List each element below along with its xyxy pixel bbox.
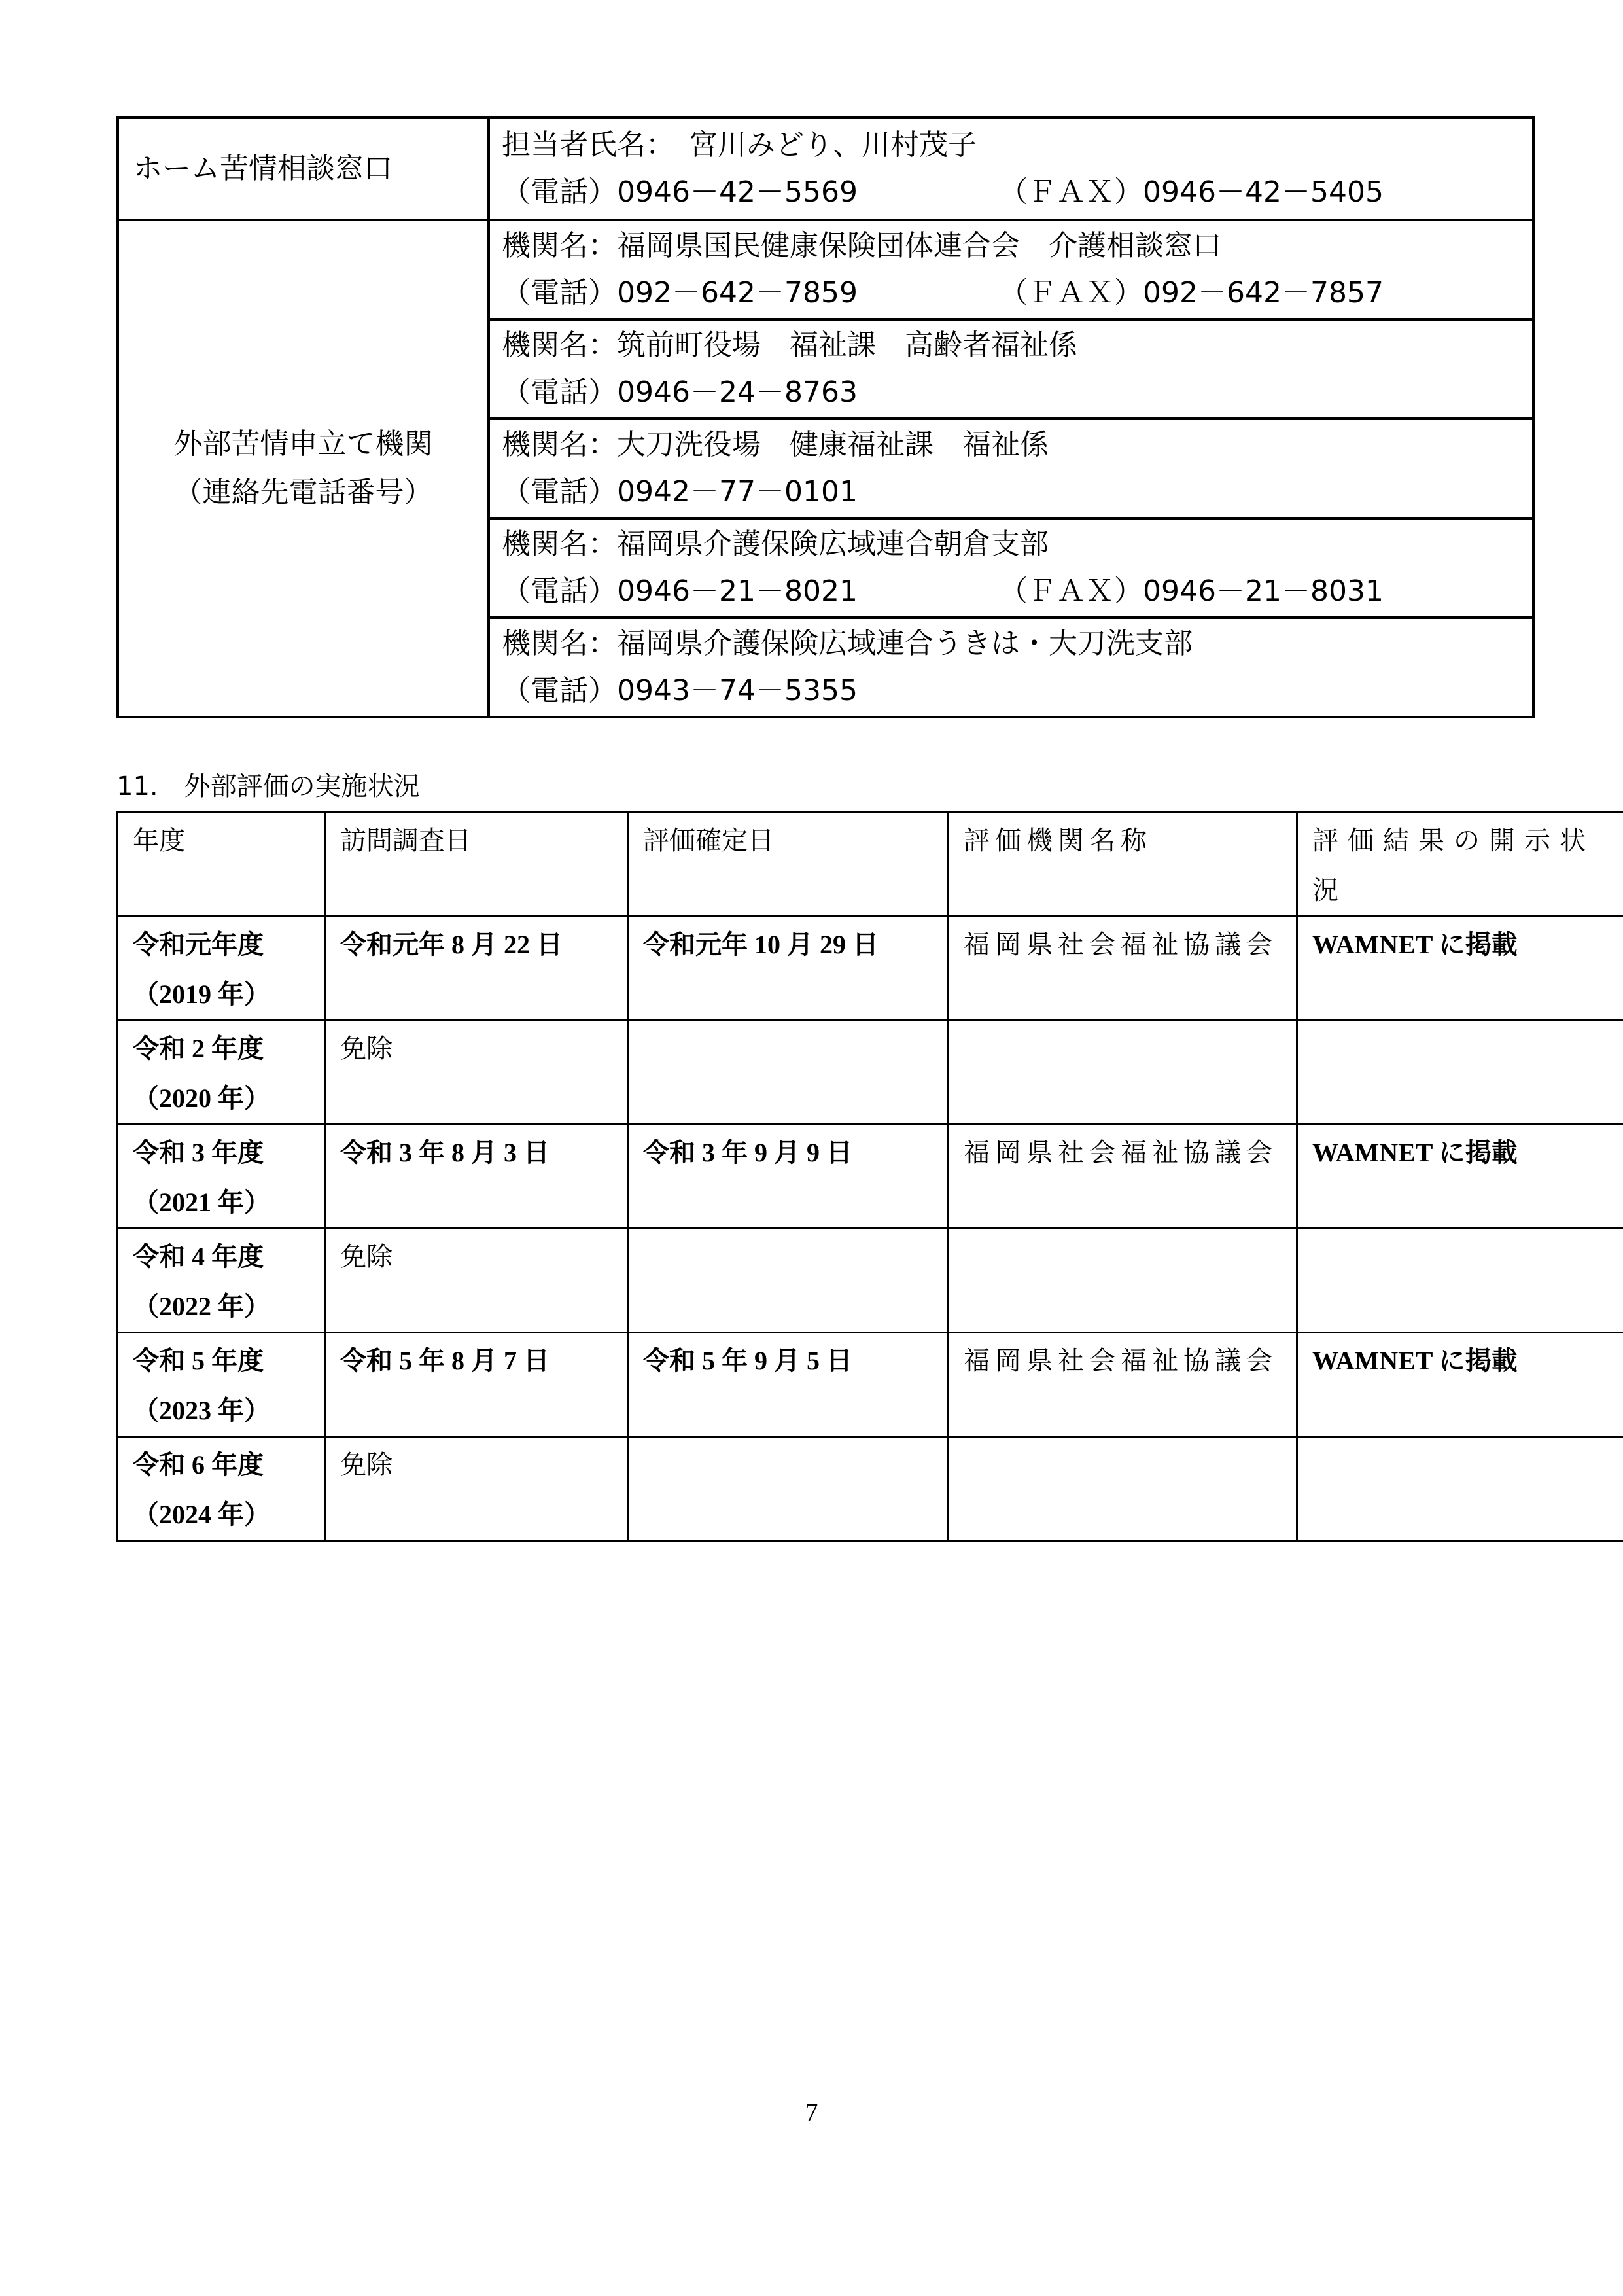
agency-contact-line: （電話）092－642－7859 （ＦＡＸ）092－642－7857 [502, 270, 1532, 317]
agency-contact-line: （電話）0946－21－8021 （ＦＡＸ）0946－21－8031 [502, 568, 1532, 615]
table-row: 令和 6 年度（2024 年） 免除 [118, 1437, 1623, 1541]
agency-fax: （ＦＡＸ）092－642－7857 [999, 270, 1384, 317]
table-row: 令和 4 年度（2022 年） 免除 [118, 1229, 1623, 1333]
fiscal-year: 令和 4 年度 [133, 1232, 317, 1282]
home-window-info: 担当者氏名： 宮川みどり、川村茂子 （電話）0946－42－5569 （ＦＡＸ）… [489, 118, 1533, 220]
fiscal-year: 令和 5 年度 [133, 1336, 317, 1386]
table-row: 令和 2 年度（2020 年） 免除 [118, 1021, 1623, 1125]
agency-cell: 福岡県社会福祉協議会 [949, 1333, 1297, 1437]
home-contact-line: （電話）0946－42－5569 （ＦＡＸ）0946－42－5405 [502, 169, 1532, 216]
fiscal-year: 令和元年度 [133, 920, 317, 970]
visit-date-cell: 免除 [325, 1229, 628, 1333]
external-label-line1: 外部苦情申立て機関 [119, 420, 487, 468]
agency-tel: （電話）0946－24－8763 [502, 369, 999, 416]
fiscal-year: 令和 6 年度 [133, 1440, 317, 1490]
complaint-contact-table: ホーム苦情相談窓口 担当者氏名： 宮川みどり、川村茂子 （電話）0946－42－… [116, 116, 1535, 718]
home-fax: （ＦＡＸ）0946－42－5405 [999, 169, 1384, 216]
year-cell: 令和 3 年度（2021 年） [118, 1125, 325, 1229]
staff-names: 担当者氏名： 宮川みどり、川村茂子 [502, 122, 1532, 169]
table-row: 令和 5 年度（2023 年） 令和 5 年 8 月 7 日 令和 5 年 9 … [118, 1333, 1623, 1437]
table-row: 令和元年度（2019 年） 令和元年 8 月 22 日 令和元年 10 月 29… [118, 917, 1623, 1021]
year-cell: 令和 5 年度（2023 年） [118, 1333, 325, 1437]
agency-tel: （電話）0943－74－5355 [502, 667, 999, 715]
disclosure-cell: WAMNET に掲載 [1297, 917, 1623, 1021]
fiscal-year: 令和 3 年度 [133, 1128, 317, 1178]
disclosure-cell [1297, 1021, 1623, 1125]
agency-cell: 機関名：福岡県介護保険広域連合朝倉支部 （電話）0946－21－8021 （ＦＡ… [489, 518, 1533, 618]
agency-cell [949, 1229, 1297, 1333]
disclosure-cell [1297, 1229, 1623, 1333]
confirm-date-cell [628, 1021, 949, 1125]
disclosure-cell: WAMNET に掲載 [1297, 1333, 1623, 1437]
home-tel: （電話）0946－42－5569 [502, 169, 999, 216]
year-cell: 令和元年度（2019 年） [118, 917, 325, 1021]
external-label-line2: （連絡先電話番号） [119, 468, 487, 517]
visit-date-cell: 免除 [325, 1437, 628, 1541]
header-disclosure: 評価結果の開示状況 [1297, 813, 1623, 917]
western-year: （2021 年） [133, 1178, 317, 1227]
header-confirm-date: 評価確定日 [628, 813, 949, 917]
agency-cell: 機関名：福岡県介護保険広域連合うきは・大刀洗支部 （電話）0943－74－535… [489, 618, 1533, 717]
agency-cell [949, 1021, 1297, 1125]
confirm-date-cell: 令和 3 年 9 月 9 日 [628, 1125, 949, 1229]
year-cell: 令和 2 年度（2020 年） [118, 1021, 325, 1125]
western-year: （2019 年） [133, 970, 317, 1019]
agency-name: 機関名：福岡県介護保険広域連合うきは・大刀洗支部 [502, 620, 1532, 667]
confirm-date-cell: 令和 5 年 9 月 5 日 [628, 1333, 949, 1437]
year-cell: 令和 4 年度（2022 年） [118, 1229, 325, 1333]
agency-name: 機関名：福岡県介護保険広域連合朝倉支部 [502, 521, 1532, 568]
table-header-row: 年度 訪問調査日 評価確定日 評価機関名称 評価結果の開示状況 [118, 813, 1623, 917]
page-number: 7 [0, 2097, 1623, 2128]
fiscal-year: 令和 2 年度 [133, 1024, 317, 1074]
external-agencies-label: 外部苦情申立て機関 （連絡先電話番号） [118, 220, 489, 717]
western-year: （2022 年） [133, 1282, 317, 1332]
western-year: （2020 年） [133, 1074, 317, 1123]
year-cell: 令和 6 年度（2024 年） [118, 1437, 325, 1541]
agency-name: 機関名：大刀洗役場 健康福祉課 福祉係 [502, 421, 1532, 468]
home-window-row: ホーム苦情相談窓口 担当者氏名： 宮川みどり、川村茂子 （電話）0946－42－… [118, 118, 1533, 220]
agency-name: 機関名：筑前町役場 福祉課 高齢者福祉係 [502, 322, 1532, 369]
external-agency-row: 外部苦情申立て機関 （連絡先電話番号） 機関名：福岡県国民健康保険団体連合会 介… [118, 220, 1533, 319]
header-year: 年度 [118, 813, 325, 917]
agency-tel: （電話）092－642－7859 [502, 270, 999, 317]
western-year: （2024 年） [133, 1490, 317, 1540]
agency-cell [949, 1437, 1297, 1541]
agency-cell: 福岡県社会福祉協議会 [949, 917, 1297, 1021]
visit-date-cell: 令和元年 8 月 22 日 [325, 917, 628, 1021]
header-visit-date: 訪問調査日 [325, 813, 628, 917]
western-year: （2023 年） [133, 1386, 317, 1436]
agency-cell: 福岡県社会福祉協議会 [949, 1125, 1297, 1229]
agency-tel: （電話）0942－77－0101 [502, 468, 999, 516]
disclosure-cell [1297, 1437, 1623, 1541]
header-agency: 評価機関名称 [949, 813, 1297, 917]
agency-contact-line: （電話）0943－74－5355 [502, 667, 1532, 715]
confirm-date-cell [628, 1229, 949, 1333]
disclosure-cell: WAMNET に掲載 [1297, 1125, 1623, 1229]
visit-date-cell: 令和 5 年 8 月 7 日 [325, 1333, 628, 1437]
confirm-date-cell [628, 1437, 949, 1541]
agency-contact-line: （電話）0946－24－8763 [502, 369, 1532, 416]
external-evaluation-table: 年度 訪問調査日 評価確定日 評価機関名称 評価結果の開示状況 令和元年度（20… [116, 811, 1623, 1542]
agency-cell: 機関名：福岡県国民健康保険団体連合会 介護相談窓口 （電話）092－642－78… [489, 220, 1533, 319]
section-title: 11. 外部評価の実施状況 [116, 767, 420, 806]
visit-date-cell: 令和 3 年 8 月 3 日 [325, 1125, 628, 1229]
agency-cell: 機関名：筑前町役場 福祉課 高齢者福祉係 （電話）0946－24－8763 [489, 319, 1533, 419]
agency-contact-line: （電話）0942－77－0101 [502, 468, 1532, 516]
table-row: 令和 3 年度（2021 年） 令和 3 年 8 月 3 日 令和 3 年 9 … [118, 1125, 1623, 1229]
confirm-date-cell: 令和元年 10 月 29 日 [628, 917, 949, 1021]
agency-cell: 機関名：大刀洗役場 健康福祉課 福祉係 （電話）0942－77－0101 [489, 419, 1533, 518]
agency-tel: （電話）0946－21－8021 [502, 568, 999, 615]
home-window-label: ホーム苦情相談窓口 [118, 118, 489, 220]
visit-date-cell: 免除 [325, 1021, 628, 1125]
agency-fax: （ＦＡＸ）0946－21－8031 [999, 568, 1384, 615]
agency-name: 機関名：福岡県国民健康保険団体連合会 介護相談窓口 [502, 222, 1532, 270]
